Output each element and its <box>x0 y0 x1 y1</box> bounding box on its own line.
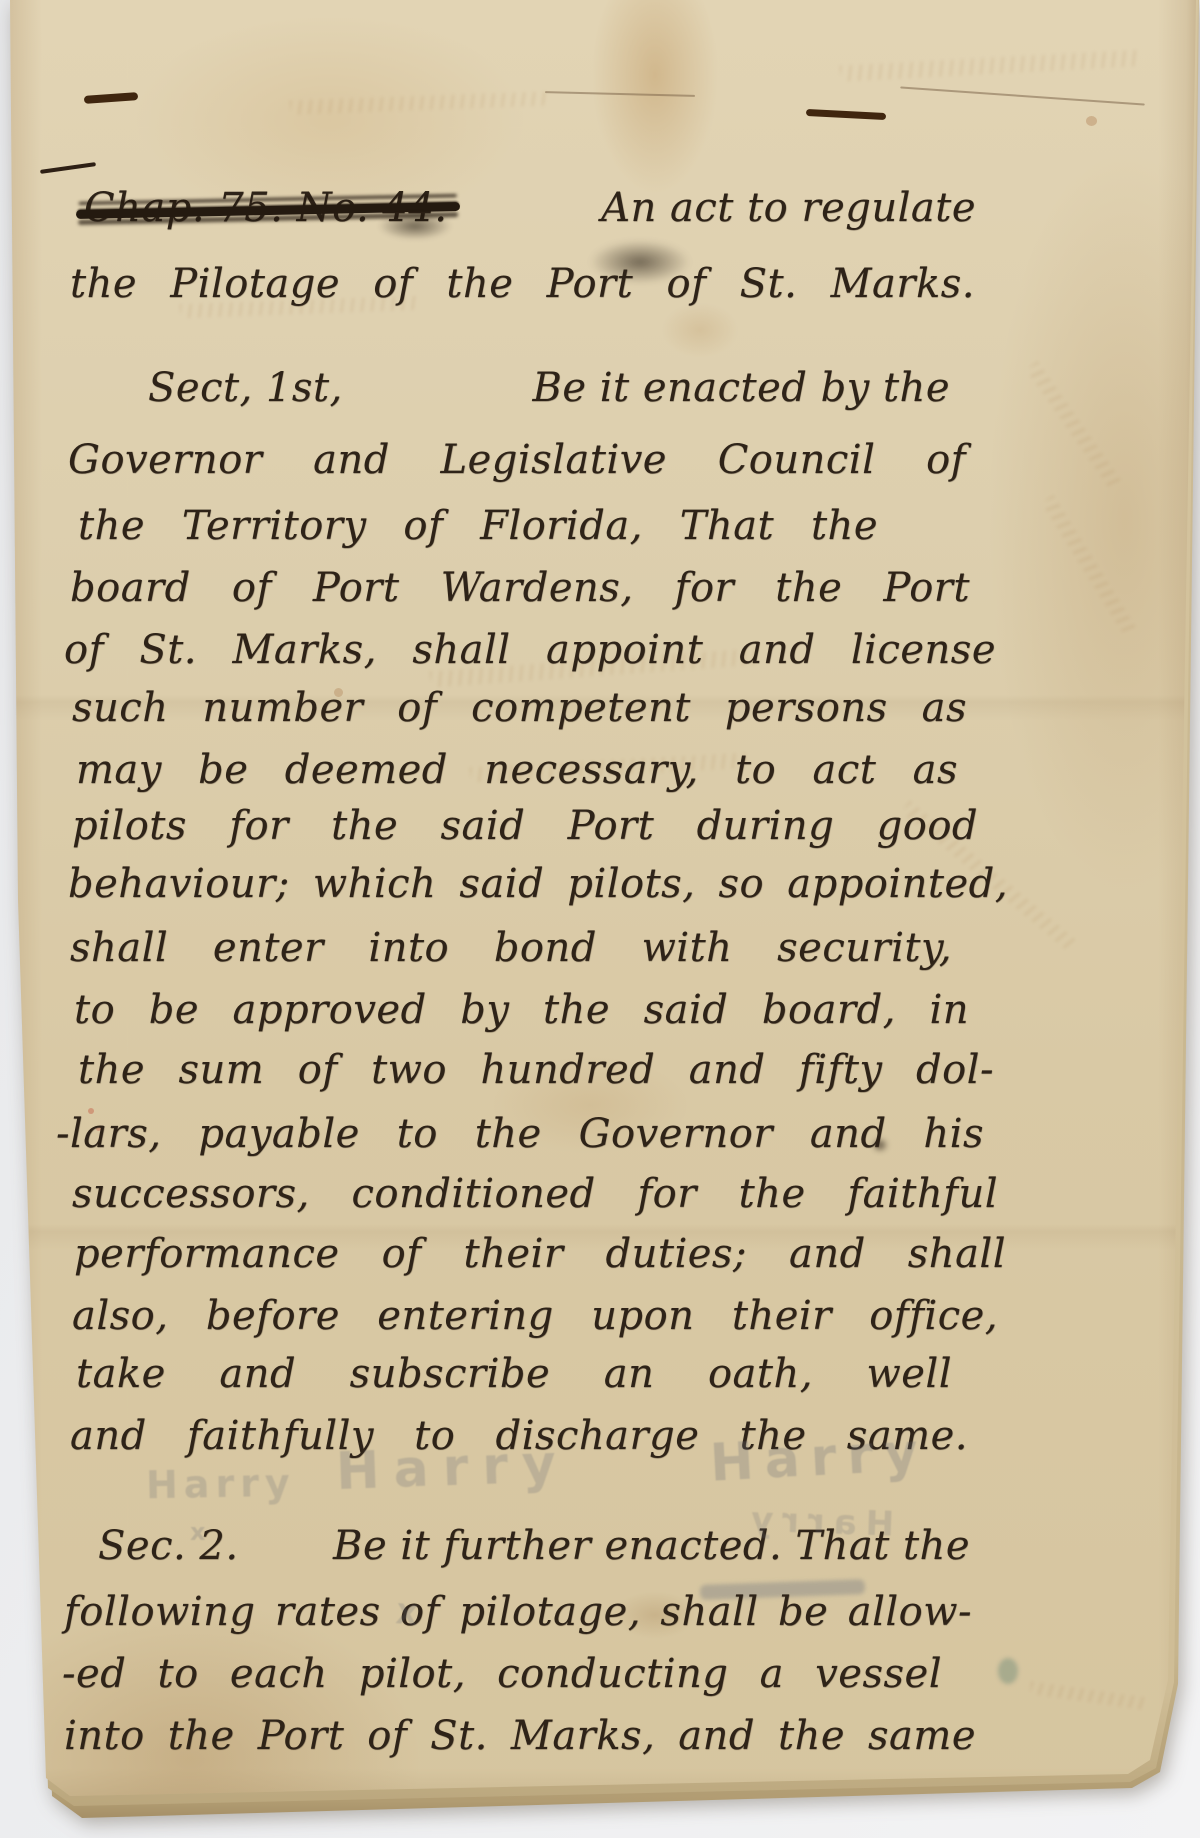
ink-dash-mark <box>40 162 96 174</box>
manuscript-line-15: -lars, payable to the Governor and his <box>56 1108 984 1160</box>
manuscript-text: successors, conditioned for the faithful <box>72 1171 998 1217</box>
manuscript-line-11: behaviour; which said pilots, so appoint… <box>68 858 1008 910</box>
manuscript-text: -lars, payable to the Governor and his <box>56 1111 984 1157</box>
manuscript-text: Sec. 2. <box>98 1520 239 1572</box>
pencil-graffiti-x: x <box>190 1518 205 1546</box>
manuscript-line-1: Chap. 75. No. 44.An act to regulate <box>84 182 976 234</box>
manuscript-text: also, before entering upon their office, <box>72 1293 998 1339</box>
manuscript-text: the Territory of Florida, That the <box>78 503 878 549</box>
page-stack: Chap. 75. No. 44.An act to regulatethe P… <box>0 0 1200 1838</box>
manuscript-line-17: performance of their duties; and shall <box>74 1228 1006 1280</box>
manuscript-line-8: such number of competent persons as <box>72 682 967 734</box>
manuscript-text: may be deemed necessary, to act as <box>76 747 958 793</box>
manuscript-text: following rates of pilotage, shall be al… <box>64 1589 972 1635</box>
manuscript-text: into the Port of St. Marks, and the same <box>64 1713 976 1759</box>
bleed-through-ink <box>290 91 550 114</box>
scratch-line-right <box>900 86 1145 105</box>
photographed-document: Chap. 75. No. 44.An act to regulatethe P… <box>0 0 1200 1838</box>
manuscript-line-5: the Territory of Florida, That the <box>78 500 878 552</box>
bleed-through-ink <box>1030 1682 1151 1711</box>
manuscript-line-24: into the Port of St. Marks, and the same <box>64 1710 976 1762</box>
manuscript-text: Governor and Legislative Council of <box>68 437 966 483</box>
manuscript-text: board of Port Wardens, for the Port <box>70 565 970 611</box>
manuscript-text: behaviour; which said pilots, so appoint… <box>68 861 1008 907</box>
manuscript-text: -ed to each pilot, conducting a vessel <box>62 1651 942 1697</box>
manuscript-text: such number of competent persons as <box>72 685 967 731</box>
pencil-graffiti-harry: Harry <box>709 1422 931 1493</box>
pencil-graffiti-harry: Harry <box>146 1461 296 1508</box>
manuscript-line-22: following rates of pilotage, shall be al… <box>64 1586 972 1638</box>
manuscript-text: Be it enacted by the <box>532 362 950 414</box>
pencil-graffiti-harry: Harry <box>335 1434 571 1502</box>
manuscript-line-18: also, before entering upon their office, <box>72 1290 998 1342</box>
manuscript-line-19: take and subscribe an oath, well <box>76 1348 952 1400</box>
manuscript-line-23: -ed to each pilot, conducting a vessel <box>62 1648 942 1700</box>
manuscript-text: pilots for the said Port during good <box>72 803 978 849</box>
manuscript-text: the Pilotage of the Port of St. Marks. <box>70 261 975 307</box>
manuscript-text: take and subscribe an oath, well <box>76 1351 952 1397</box>
foxing-spot <box>1086 116 1097 126</box>
bleed-through-ink <box>840 50 1140 82</box>
manuscript-line-6: board of Port Wardens, for the Port <box>70 562 970 614</box>
manuscript-text: to be approved by the said board, in <box>74 987 969 1033</box>
binding-stitch-right <box>806 109 886 120</box>
manuscript-line-13: to be approved by the said board, in <box>74 984 969 1036</box>
struck-chapter-number: Chap. 75. No. 44. <box>84 182 448 234</box>
manuscript-text: performance of their duties; and shall <box>74 1231 1006 1277</box>
manuscript-line-14: the sum of two hundred and fifty dol- <box>78 1044 994 1096</box>
ink-smear-teal <box>998 1658 1018 1684</box>
manuscript-line-16: successors, conditioned for the faithful <box>72 1168 998 1220</box>
manuscript-line-3: Sect, 1st,Be it enacted by the <box>148 362 950 414</box>
manuscript-line-2: the Pilotage of the Port of St. Marks. <box>70 258 975 310</box>
manuscript-text: Sect, 1st, <box>148 362 343 414</box>
manuscript-text: An act to regulate <box>601 182 976 234</box>
pencil-graffiti-x: X <box>394 1597 419 1632</box>
manuscript-line-10: pilots for the said Port during good <box>72 800 978 852</box>
bleed-through-ink <box>1026 362 1124 493</box>
manuscript-text: of St. Marks, shall appoint and license <box>64 627 996 673</box>
manuscript-line-12: shall enter into bond with security, <box>70 922 952 974</box>
manuscript-page: Chap. 75. No. 44.An act to regulatethe P… <box>0 0 1200 1838</box>
manuscript-text: shall enter into bond with security, <box>70 925 952 971</box>
manuscript-text: the sum of two hundred and fifty dol- <box>78 1047 994 1093</box>
scratch-line-center <box>545 91 695 97</box>
manuscript-line-7: of St. Marks, shall appoint and license <box>64 624 996 676</box>
bleed-through-ink <box>1042 495 1139 638</box>
binding-stitch-left <box>84 92 138 104</box>
pencil-graffiti-harry: Harry <box>741 1499 894 1544</box>
manuscript-line-9: may be deemed necessary, to act as <box>76 744 958 796</box>
manuscript-line-4: Governor and Legislative Council of <box>68 434 966 486</box>
